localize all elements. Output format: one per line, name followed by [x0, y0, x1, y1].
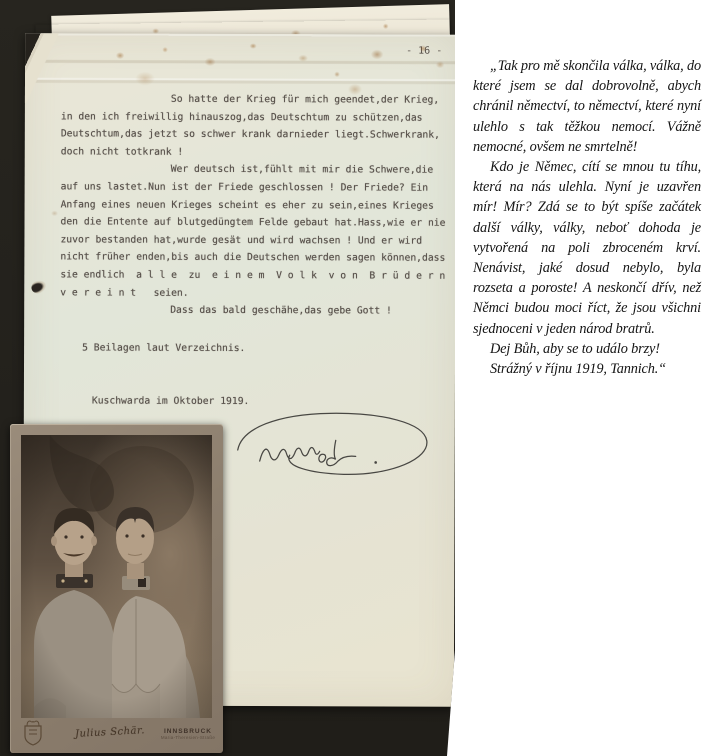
paper-tear: [29, 278, 48, 296]
page-number: - 16 -: [406, 46, 442, 57]
translation-text: „Tak pro mě skončila válka, válka, do kt…: [473, 56, 701, 379]
typed-line: doch nicht totkrank !: [61, 143, 453, 162]
page: - 16 - So hatte der Krieg für mich geend…: [0, 0, 708, 756]
translation-paragraph: Strážný v říjnu 1919, Tannich.“: [473, 359, 701, 379]
photographer-name: Julius Schär.: [62, 724, 158, 740]
typed-line: den die Entente auf blutgedüngtem Felde …: [60, 214, 452, 233]
translation-paragraph: Kdo je Němec, cítí se mnou tu tíhu, kter…: [473, 157, 701, 339]
studio-crest-icon: [22, 718, 44, 746]
translation-paragraph: Dej Bůh, aby se to událo brzy!: [473, 339, 701, 359]
typed-line: auf uns lastet.Nun ist der Friede geschl…: [61, 178, 453, 197]
studio-imprint: Julius Schär. INNSBRUCK Maria-Theresien-…: [10, 714, 223, 750]
translation-paragraph: „Tak pro mě skončila válka, válka, do kt…: [473, 56, 701, 157]
typed-line: Dass das bald geschähe,das gebe Gott !: [60, 301, 452, 320]
typed-line: sie endlich a l l e zu e i n e m V o l k…: [60, 266, 452, 285]
typed-line: Wer deutsch ist,fühlt mit mir die Schwer…: [61, 161, 453, 180]
attachment-note: 5 Beilagen laut Verzeichnis.: [82, 342, 245, 354]
typed-text-block: So hatte der Krieg für mich geendet,der …: [60, 90, 453, 320]
typed-line: Deutschtum,das jetzt so schwer krank dar…: [61, 126, 453, 145]
typed-line: in den ich freiwillig hinauszog,das Deut…: [61, 108, 453, 127]
typed-line: So hatte der Krieg für mich geendet,der …: [61, 90, 453, 109]
typed-line: zuvor bestanden hat,wurde gesät und wird…: [60, 231, 452, 250]
typed-line: Anfang eines neuen Krieges scheint es eh…: [61, 196, 453, 215]
studio-city: INNSBRUCK: [158, 728, 218, 735]
studio-address: Maria-Theresien-Straße: [158, 735, 218, 740]
translation-panel: „Tak pro mě skončila válka, válka, do kt…: [455, 0, 708, 756]
scanned-letter-area: - 16 - So hatte der Krieg für mich geend…: [0, 0, 478, 756]
photo-card: Julius Schär. INNSBRUCK Maria-Theresien-…: [10, 424, 223, 753]
typed-line: nicht früher enden,bis auch die Deutsche…: [60, 249, 452, 268]
signature-autograph: [224, 404, 442, 487]
soldiers-photo: [10, 424, 223, 753]
typed-line: v e r e i n t seien.: [60, 284, 452, 303]
